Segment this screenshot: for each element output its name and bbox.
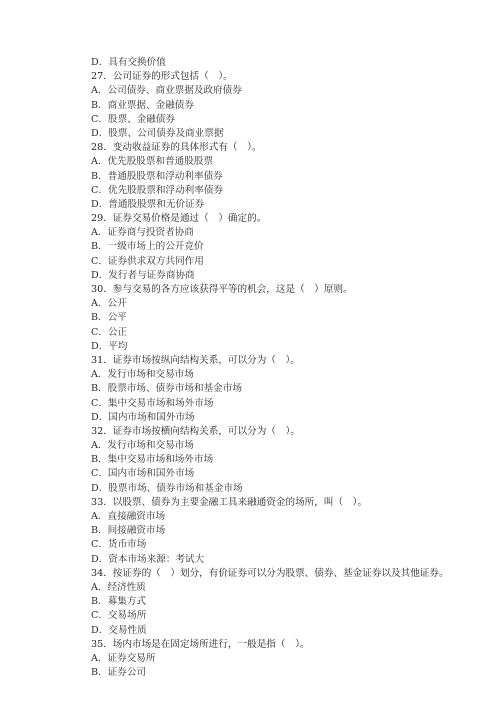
option-27-b: B．商业票据、金融债券 (91, 99, 491, 113)
question-31: 31．证券市场按纵向结构关系，可以分为（ ）。 (91, 354, 491, 368)
document-page: D．具有交换价值 27．公司证券的形式包括（ ）。 A．公司债券、商业票据及政府… (91, 56, 491, 680)
option-31-c: C．集中交易市场和场外市场 (91, 397, 491, 411)
option-29-a: A．证券商与投资者协商 (91, 226, 491, 240)
question-34: 34．按证券的（ ）划分，有价证券可以分为股票、债券、基金证券以及其他证券。 (91, 567, 491, 581)
option-27-d: D．股票、公司债券及商业票据 (91, 127, 491, 141)
question-35: 35．场内市场是在固定场所进行，一般是指（ ）。 (91, 638, 491, 652)
question-28: 28．变动收益证券的具体形式有（ ）。 (91, 141, 491, 155)
option-29-d: D．发行者与证券商协商 (91, 269, 491, 283)
option-32-d: D．股票市场、债券市场和基金市场 (91, 482, 491, 496)
option-34-a: A．经济性质 (91, 581, 491, 595)
option-34-d: D．交易性质 (91, 624, 491, 638)
question-32: 32．证券市场按横向结构关系，可以分为（ ）。 (91, 425, 491, 439)
option-31-a: A．发行市场和交易市场 (91, 368, 491, 382)
option-35-b: B．证券公司 (91, 666, 491, 680)
option-29-c: C．证券供求双方共同作用 (91, 255, 491, 269)
option-28-b: B．普通股股票和浮动利率债券 (91, 170, 491, 184)
option-34-b: B．募集方式 (91, 595, 491, 609)
option-28-d: D．普通股股票和无价证券 (91, 198, 491, 212)
option-33-b: B．间接融资市场 (91, 524, 491, 538)
option-28-a: A．优先股股票和普通股股票 (91, 155, 491, 169)
option-27-a: A．公司债券、商业票据及政府债券 (91, 84, 491, 98)
question-27: 27．公司证券的形式包括（ ）。 (91, 70, 491, 84)
option-26-d: D．具有交换价值 (91, 56, 491, 70)
option-32-b: B．集中交易市场和场外市场 (91, 453, 491, 467)
option-35-a: A．证券交易所 (91, 652, 491, 666)
question-29: 29．证券交易价格是通过（ ）确定的。 (91, 212, 491, 226)
option-32-c: C．国内市场和国外市场 (91, 467, 491, 481)
option-31-d: D．国内市场和国外市场 (91, 411, 491, 425)
option-29-b: B．一级市场上的公开竞价 (91, 240, 491, 254)
option-27-c: C．股票、金融债券 (91, 113, 491, 127)
option-30-a: A．公开 (91, 297, 491, 311)
option-31-b: B．股票市场、债券市场和基金市场 (91, 382, 491, 396)
option-33-c: C．货币市场 (91, 538, 491, 552)
option-33-a: A．直接融资市场 (91, 510, 491, 524)
option-34-c: C．交易场所 (91, 609, 491, 623)
question-33: 33．以股票、债券为主要金融工具来融通资金的场所，叫（ ）。 (91, 496, 491, 510)
option-30-c: C．公正 (91, 326, 491, 340)
option-32-a: A．发行市场和交易市场 (91, 439, 491, 453)
question-30: 30．参与交易的各方应该获得平等的机会，这是（ ）原则。 (91, 283, 491, 297)
option-30-b: B．公平 (91, 311, 491, 325)
option-33-d: D．资本市场来源：考试大 (91, 553, 491, 567)
option-30-d: D．平均 (91, 340, 491, 354)
option-28-c: C．优先股股票和浮动利率债券 (91, 184, 491, 198)
